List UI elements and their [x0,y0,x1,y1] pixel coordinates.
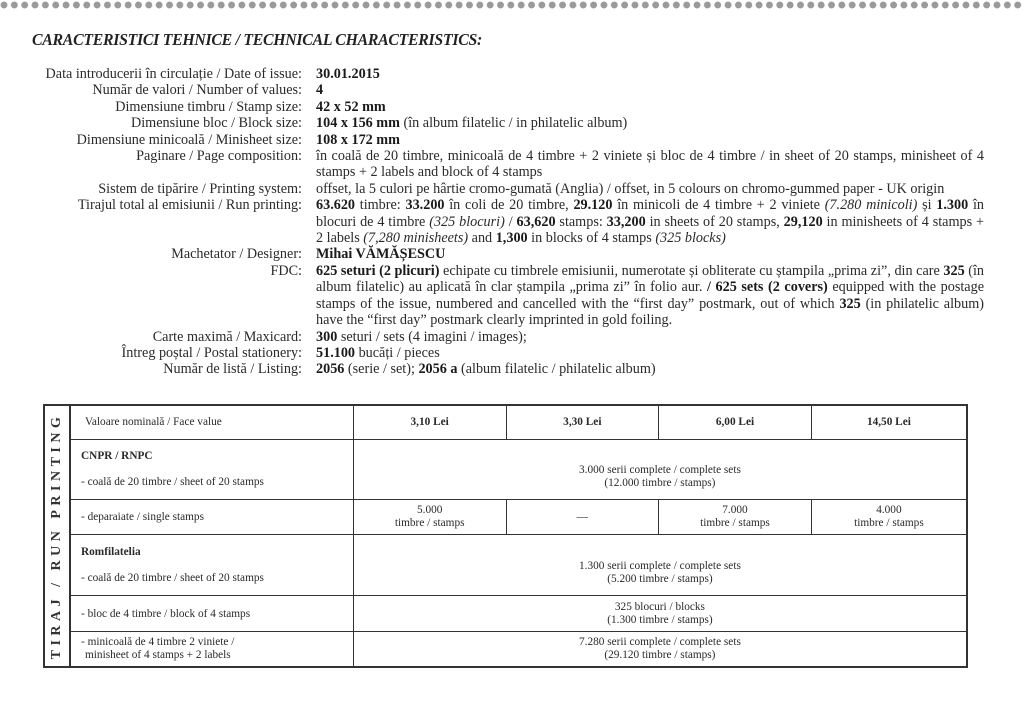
spec-postal-stationery: Întreg poștal / Postal stationery: 51.10… [0,345,1024,361]
page-title: CARACTERISTICI TEHNICE / TECHNICAL CHARA… [32,30,482,50]
spec-minisheet-size: Dimensiune minicoală / Minisheet size: 1… [0,132,1024,148]
spec-maxicard: Carte maximă / Maxicard: 300 seturi / se… [0,329,1024,345]
spec-values: Număr de valori / Number of values: 4 [0,82,1024,98]
spec-stamp-size: Dimensiune timbru / Stamp size: 42 x 52 … [0,99,1024,115]
table-row-romfilatelia-minisheet: - minicoală de 4 timbre 2 viniete / mini… [70,632,967,667]
spec-page-composition: Paginare / Page composition: în coală de… [0,148,1024,181]
side-label: TIRAJ / RUN PRINTING [49,413,65,660]
table-row-cnpr-single: - deparaiate / single stamps 5.000timbre… [70,500,967,535]
spec-designer: Machetator / Designer: Mihai VĂMĂȘESCU [0,246,1024,262]
table-row-cnpr-sheet: CNPR / RNPC - coală de 20 timbre / sheet… [70,439,967,499]
spec-printing-system: Sistem de tipărire / Printing system: of… [0,181,1024,197]
spec-run-printing: Tirajul total al emisiunii / Run printin… [0,197,1024,246]
spec-block-size: Dimensiune bloc / Block size: 104 x 156 … [0,115,1024,131]
spec-fdc: FDC: 625 seturi (2 plicuri) echipate cu … [0,263,1024,329]
run-printing-table: Valoare nominală / Face value 3,10 Lei 3… [69,404,968,668]
table-row-romfilatelia-block: - bloc de 4 timbre / block of 4 stamps 3… [70,595,967,631]
fdc-text: 625 seturi (2 plicuri) echipate cu timbr… [316,263,984,329]
run-printing-table-section: TIRAJ / RUN PRINTING Valoare nominală / … [43,404,968,668]
side-label-box: TIRAJ / RUN PRINTING [43,404,69,668]
table-row-face-value: Valoare nominală / Face value 3,10 Lei 3… [70,405,967,439]
spec-list: Data introducerii în circulație / Date o… [0,66,1024,378]
spec-date: Data introducerii în circulație / Date o… [0,66,1024,82]
dotted-border-decoration [0,0,1024,12]
run-printing-text: 63.620 timbre: 33.200 în coli de 20 timb… [316,197,984,246]
table-row-romfilatelia-sheet: Romfilatelia - coală de 20 timbre / shee… [70,535,967,595]
spec-listing: Număr de listă / Listing: 2056 (serie / … [0,361,1024,377]
